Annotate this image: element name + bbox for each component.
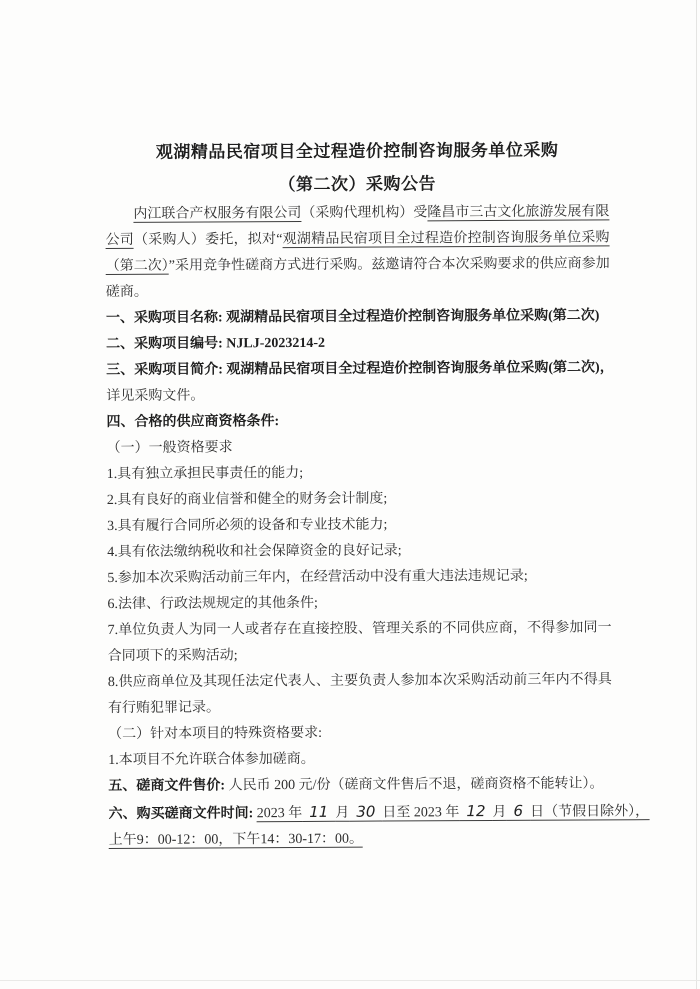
office-hours-underlined: 上午9：00-12：00，下午14：30-17：00。 — [109, 832, 363, 849]
agency-note: （采购代理机构）受 — [301, 205, 427, 221]
section-6-line-1: 六、购买磋商文件时间: 2023 年11月30日至 2023 年12月6日（节假… — [109, 804, 650, 822]
section-2-label: 二、采购项目编号: — [106, 336, 226, 352]
general-item-3: 3.具有履行合同所必须的设备和专业技术能力; — [107, 511, 611, 540]
general-item-2: 2.具有良好的商业信誉和健全的财务会计制度; — [107, 485, 611, 514]
section-1-value: 观湖精品民宿项目全过程造价控制咨询服务单位采购(第二次) — [226, 308, 599, 325]
scanned-document-page: 观湖精品民宿项目全过程造价控制咨询服务单位采购（第二次）采购公告 内江联合产权服… — [0, 0, 700, 989]
title-line-1: 观湖精品民宿项目全过程造价控制咨询服务单位采购 — [105, 133, 609, 169]
handwritten-month-2: 12 — [459, 802, 492, 821]
intro-paragraph: 内江联合产权服务有限公司（采购代理机构）受隆昌市三古文化旅游发展有限公司（采购人… — [105, 199, 610, 306]
section-3-lead: 三、采购项目简介: 观湖精品民宿项目全过程造价控制咨询服务单位采购(第二次)， — [106, 360, 614, 378]
section-5-document-price: 五、磋商文件售价: 人民币 200 元/份（磋商文件售后不退，磋商资格不能转让）… — [108, 771, 612, 800]
handwritten-month-1: 11 — [302, 803, 335, 822]
section-4-heading: 四、合格的供应商资格条件: — [106, 407, 610, 436]
section-2-project-number: 二、采购项目编号: NJLJ-2023214-2 — [106, 329, 610, 358]
scan-edge-bottom — [0, 980, 700, 981]
handwritten-day-2: 6 — [506, 802, 530, 821]
section-1-label: 一、采购项目名称: — [106, 310, 226, 326]
handwritten-day-1: 30 — [349, 803, 382, 822]
special-qualification-heading: （二）针对本项目的特殊资格要求: — [108, 719, 612, 748]
entrust-text: （采购人）委托，拟对“ — [134, 232, 283, 248]
date-text-4: 月 — [492, 805, 506, 821]
title-line-2: （第二次）采购公告 — [105, 166, 609, 202]
section-2-value: NJLJ-2023214-2 — [226, 336, 325, 352]
section-6-purchase-time: 六、购买磋商文件时间: 2023 年11月30日至 2023 年12月6日（节假… — [108, 797, 612, 854]
date-text-3: 日至 2023 年 — [382, 805, 459, 821]
date-text-2: 月 — [335, 806, 349, 822]
agency-name-underlined: 内江联合产权服务有限公司 — [133, 206, 301, 223]
general-qualification-heading: （一）一般资格要求 — [107, 433, 611, 462]
general-item-8: 8.供应商单位及其现任法定代表人、主要负责人参加本次采购活动前三年内不得具有行贿… — [108, 667, 612, 722]
general-item-4: 4.具有依法缴纳税收和社会保障资金的良好记录; — [107, 537, 611, 566]
intro-tail-text: ”采用竞争性磋商方式进行采购。兹邀请符合本次采购要求的供应商参加磋商。 — [106, 256, 610, 300]
section-1-project-name: 一、采购项目名称: 观湖精品民宿项目全过程造价控制咨询服务单位采购(第二次) — [106, 303, 610, 332]
date-text-1: 2023 年 — [257, 806, 303, 822]
section-5-value: 人民币 200 元/份（磋商文件售后不退，磋商资格不能转让）。 — [229, 776, 604, 793]
general-item-5: 5.参加本次采购活动前三年内，在经营活动中没有重大违法违规记录; — [107, 563, 611, 592]
date-text-5: 日（节假日除外）， — [530, 804, 649, 821]
general-item-6: 6.法律、行政法规规定的其他条件; — [107, 589, 611, 618]
general-item-7: 7.单位负责人为同一人或者存在直接控股、管理关系的不同供应商，不得参加同一合同项… — [108, 615, 612, 670]
document-content: 观湖精品民宿项目全过程造价控制咨询服务单位采购（第二次）采购公告 内江联合产权服… — [105, 133, 613, 854]
general-item-1: 1.具有独立承担民事责任的能力; — [107, 459, 611, 488]
document-title: 观湖精品民宿项目全过程造价控制咨询服务单位采购（第二次）采购公告 — [105, 133, 609, 202]
section-5-label: 五、磋商文件售价: — [108, 778, 228, 794]
section-6-label: 六、购买磋商文件时间: — [109, 806, 257, 822]
section-3-tail: 详见采购文件。 — [106, 388, 204, 404]
scan-edge-right — [696, 0, 697, 989]
special-item-1: 1.本项目不允许联合体参加磋商。 — [108, 745, 612, 774]
section-3-project-brief: 三、采购项目简介: 观湖精品民宿项目全过程造价控制咨询服务单位采购(第二次)，详… — [106, 355, 610, 410]
